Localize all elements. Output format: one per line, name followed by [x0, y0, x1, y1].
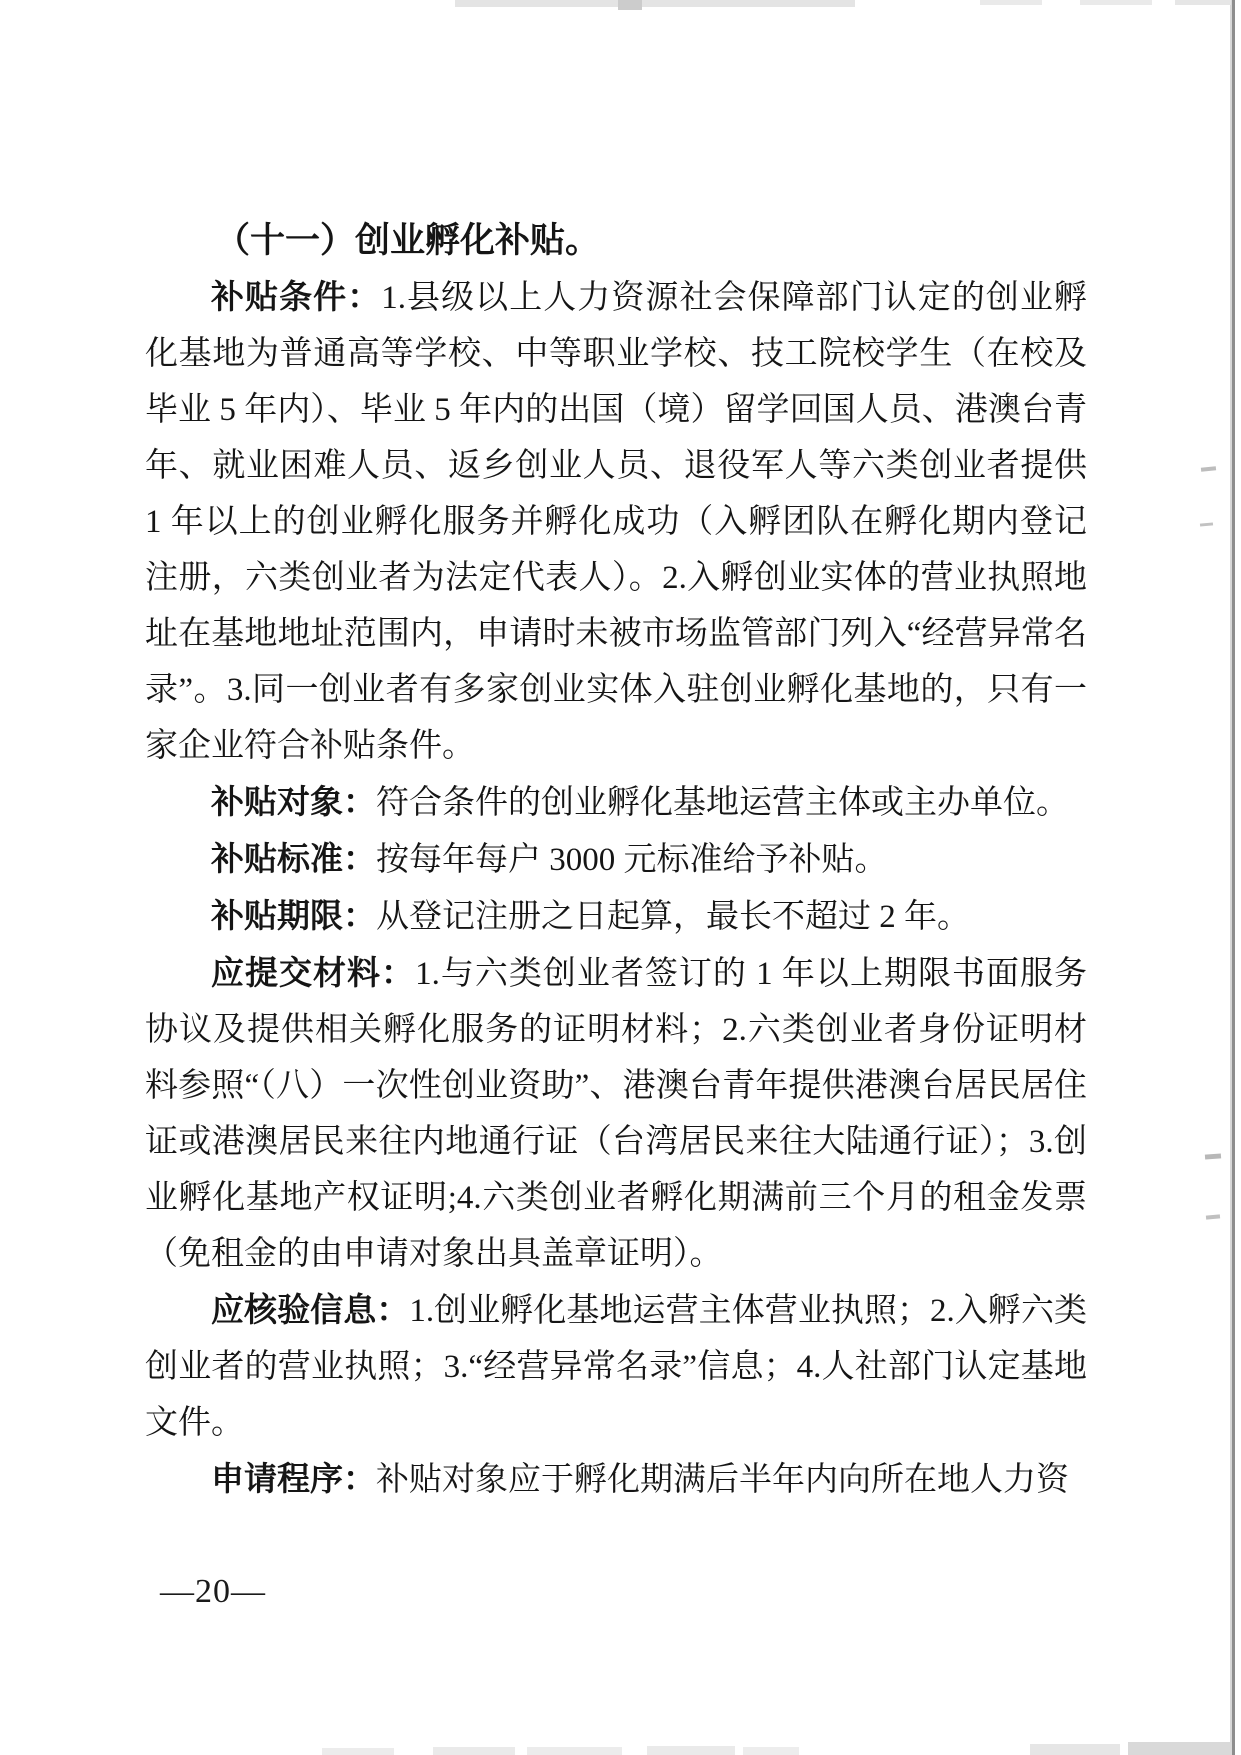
scan-artifact-margin-dash [1200, 522, 1213, 526]
scan-artifact-bottom [433, 1747, 515, 1755]
paragraph-text: 1.与六类创业者签订的 1 年以上期限书面服务协议及提供相关孵化服务的证明材料；… [145, 956, 1087, 1272]
paragraph-application-procedure: 申请程序：补贴对象应于孵化期满后半年内向所在地人力资 [145, 1451, 1087, 1508]
scan-artifact-margin-dash [1201, 466, 1216, 472]
paragraph-label: 应核验信息： [211, 1291, 409, 1328]
scan-artifact-top [618, 0, 642, 10]
paragraph-label: 应提交材料： [211, 954, 415, 991]
paragraph-label: 补贴标准： [211, 840, 376, 877]
scan-artifact-top [455, 0, 855, 7]
scan-artifact-margin-dash [1206, 1214, 1220, 1219]
scan-artifact-bottom [1128, 1742, 1232, 1755]
section-heading: （十一）创业孵化补贴。 [145, 213, 1087, 269]
paragraph-required-materials: 应提交材料：1.与六类创业者签订的 1 年以上期限书面服务协议及提供相关孵化服务… [145, 945, 1087, 1282]
paragraph-subsidy-term: 补贴期限：从登记注册之日起算，最长不超过 2 年。 [145, 888, 1087, 945]
paragraph-label: 补贴条件： [211, 278, 381, 315]
document-body: （十一）创业孵化补贴。 补贴条件：1.县级以上人力资源社会保障部门认定的创业孵化… [145, 213, 1087, 1508]
scan-artifact-bottom [322, 1748, 394, 1755]
scan-artifact-margin-dash [1205, 1153, 1221, 1159]
paragraph-subsidy-standard: 补贴标准：按每年每户 3000 元标准给予补贴。 [145, 831, 1087, 888]
scan-edge-line [1232, 0, 1235, 1755]
paragraph-text: 符合条件的创业孵化基地运营主体或主办单位。 [376, 785, 1069, 821]
scan-artifact-bottom [1030, 1744, 1120, 1755]
paragraph-text: 1.县级以上人力资源社会保障部门认定的创业孵化基地为普通高等学校、中等职业学校、… [145, 280, 1087, 764]
page-number: —20— [160, 1572, 266, 1612]
scan-artifact-bottom [647, 1746, 735, 1755]
document-page: （十一）创业孵化补贴。 补贴条件：1.县级以上人力资源社会保障部门认定的创业孵化… [0, 0, 1241, 1755]
scan-artifact-top [1175, 0, 1231, 5]
paragraph-text: 从登记注册之日起算，最长不超过 2 年。 [376, 899, 970, 935]
paragraph-label: 补贴期限： [211, 897, 376, 934]
paragraph-subsidy-conditions: 补贴条件：1.县级以上人力资源社会保障部门认定的创业孵化基地为普通高等学校、中等… [145, 269, 1087, 774]
paragraph-subsidy-target: 补贴对象：符合条件的创业孵化基地运营主体或主办单位。 [145, 774, 1087, 831]
scan-artifact-top [980, 0, 1042, 5]
paragraph-verification-info: 应核验信息：1.创业孵化基地运营主体营业执照；2.入孵六类创业者的营业执照；3.… [145, 1282, 1087, 1451]
paragraph-text: 补贴对象应于孵化期满后半年内向所在地人力资 [376, 1462, 1069, 1498]
paragraph-label: 补贴对象： [211, 783, 376, 820]
paragraph-label: 申请程序： [211, 1460, 376, 1497]
scan-artifact-top [1080, 0, 1152, 5]
scan-artifact-bottom [527, 1747, 622, 1755]
paragraph-text: 按每年每户 3000 元标准给予补贴。 [376, 842, 888, 878]
scan-artifact-bottom [743, 1747, 799, 1755]
